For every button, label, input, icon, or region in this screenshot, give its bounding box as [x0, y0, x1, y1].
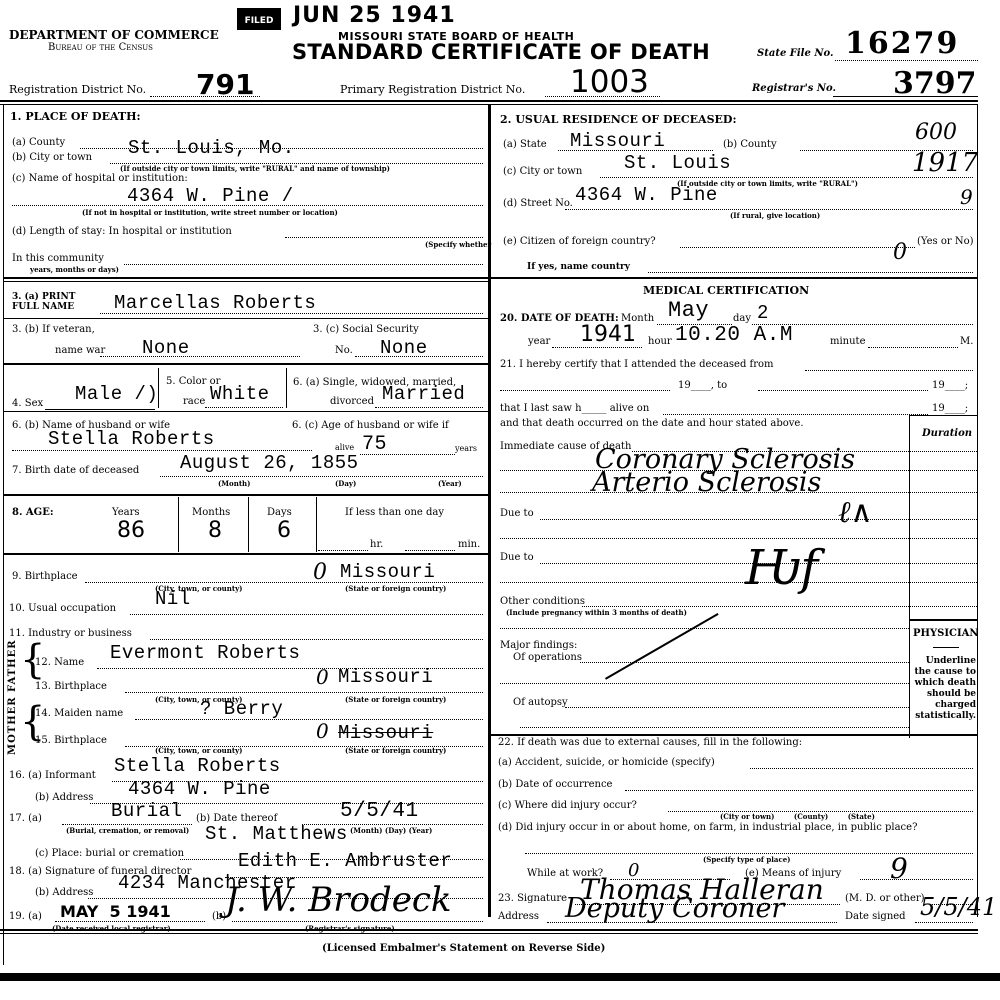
place-of-death-heading: 1. PLACE OF DEATH: [10, 110, 141, 123]
mother-side-label: MOTHER [7, 696, 18, 755]
age-years-value: 86 [117, 518, 145, 543]
other-conditions-label: Other conditions [500, 596, 585, 607]
immediate-cause-2: Arterio Sclerosis [592, 467, 821, 498]
father-state-note: (State or foreign country) [345, 695, 446, 704]
sex-label: 4. Sex [12, 398, 43, 409]
external-d-note: (Specify type of place) [703, 855, 790, 864]
father-birthplace-value: Missouri [338, 666, 433, 688]
certify-to-line: 19____, to [678, 380, 727, 391]
death-hour-value: 10.20 A.M [675, 324, 793, 347]
disposal-label: 17. (a) [9, 813, 42, 824]
external-c-label: (c) Where did injury occur? [498, 800, 637, 811]
min-label: min. [458, 539, 480, 550]
dept-label: DEPARTMENT OF COMMERCE [9, 28, 219, 42]
birth-day-note: (Day) [335, 479, 356, 488]
external-heading: 22. If death was due to external causes,… [498, 737, 802, 748]
hospital-label: (c) Name of hospital or institution: [12, 173, 188, 184]
medical-heading: MEDICAL CERTIFICATION [643, 284, 809, 297]
citizen-value: 0 [893, 240, 907, 265]
signature-label: 23. Signature [498, 893, 567, 904]
age-days-label: Days [267, 507, 292, 518]
disposal-date-value: 5/5/41 [340, 800, 419, 823]
filed-stamp-block: FILED [237, 8, 281, 30]
mother-birthplace-code: 0 [316, 719, 329, 743]
date-signed-label: Date signed [845, 911, 906, 922]
age-months-value: 8 [208, 518, 222, 543]
duration-label: Duration [922, 428, 972, 439]
occupation-value: Nil [155, 588, 191, 610]
death-year-label: year [528, 336, 550, 347]
stay-label: (d) Length of stay: In hospital or insti… [12, 226, 232, 237]
residence-state-value: Missouri [570, 130, 665, 152]
veteran-label-1: 3. (b) If veteran, [12, 324, 95, 335]
foreign-country-label: If yes, name country [527, 262, 630, 272]
community-note: years, months or days) [30, 265, 119, 274]
due-to-label-1: Due to [500, 508, 534, 519]
reg-district-label: Registration District No. [9, 83, 146, 96]
mother-name-value: ? Berry [200, 698, 283, 720]
death-occurred-label: and that death occurred on the date and … [500, 418, 804, 429]
residence-street-note: (If rural, give location) [730, 211, 820, 220]
father-birthplace-code: 0 [316, 665, 329, 689]
spouse-age-label-1: 6. (c) Age of husband or wife if [292, 420, 449, 431]
residence-state-label: (a) State [503, 139, 547, 150]
state-file-number: 16279 [845, 26, 959, 61]
means-of-injury-value: 9 [890, 852, 908, 885]
city-label: (b) City or town [12, 152, 92, 163]
social-security-label-2: No. [335, 345, 353, 356]
autopsy-label: Of autopsy [513, 697, 568, 708]
birth-date-value: August 26, 1855 [180, 452, 359, 474]
received-stamp-date: JUN 25 1941 [293, 3, 456, 28]
certifier-address-value: Deputy Coroner [565, 893, 784, 924]
informant-label: 16. (a) Informant [9, 770, 96, 781]
county-label: (a) County [12, 137, 65, 148]
residence-heading: 2. USUAL RESIDENCE OF DECEASED: [500, 113, 737, 126]
director-address-label: (b) Address [35, 887, 93, 898]
md-label: (M. D. or other) [845, 893, 925, 904]
major-findings-label: Major findings: [500, 640, 577, 651]
race-label-2: race [183, 396, 205, 407]
residence-street-value: 4364 W. Pine [575, 184, 718, 206]
residence-city-label: (c) City or town [503, 166, 582, 177]
full-name-label-2: FULL NAME [12, 302, 74, 312]
sex-value: Male /) [75, 383, 158, 405]
full-name-value: Marcellas Roberts [114, 292, 316, 314]
reg-district-number: 791 [196, 68, 254, 101]
age-days-value: 6 [277, 518, 291, 543]
disposal-date-note: (Month) (Day) (Year) [350, 826, 432, 835]
disposal-note: (Burial, cremation, or removal) [66, 826, 189, 835]
hospital-value: 4364 W. Pine / [127, 185, 294, 207]
citizen-label: (e) Citizen of foreign country? [503, 236, 656, 247]
bottom-scan-border [0, 973, 1000, 981]
certificate-title: STANDARD CERTIFICATE OF DEATH [292, 40, 710, 64]
death-year-value: 1941 [580, 322, 636, 347]
father-side-label: FATHER [7, 639, 18, 692]
full-name-label-1: 3. (a) PRINT [12, 292, 75, 302]
birthplace-state-note: (State or foreign country) [345, 584, 446, 593]
certify-nineteen: 19____; [932, 380, 968, 391]
age-label: 8. AGE: [12, 507, 54, 518]
death-month-value: May [668, 298, 709, 323]
received-label: 19. (a) [9, 911, 42, 922]
primary-reg-number: 1003 [570, 64, 649, 100]
residence-city-code: 1917 [912, 148, 978, 178]
due-to-label-2: Due to [500, 552, 534, 563]
operations-label: Of operations [513, 652, 582, 663]
spouse-value: Stella Roberts [48, 428, 215, 450]
embalmer-footer-note: (Licensed Embalmer's Statement on Revers… [322, 943, 605, 954]
registrar-number: 3797 [893, 66, 977, 101]
spouse-age-unit: years [455, 444, 477, 453]
certifier-address-label: Address [498, 911, 539, 922]
hr-label: hr. [370, 539, 383, 550]
birthplace-label: 9. Birthplace [12, 571, 78, 582]
state-file-label: State File No. [757, 48, 833, 59]
burial-place-value: St. Matthews [205, 823, 348, 845]
filed-stamp-text: FILED [245, 16, 274, 26]
residence-county-label: (b) County [723, 139, 777, 150]
spouse-age-value: 75 [362, 433, 387, 456]
last-saw-label: that I last saw h_____ alive on [500, 403, 649, 414]
burial-place-label: (c) Place: burial or cremation [35, 848, 184, 859]
death-m-label: M. [960, 336, 973, 347]
last-saw-nineteen: 19____; [932, 403, 968, 414]
hospital-note: (If not in hospital or institution, writ… [82, 208, 338, 217]
bureau-label: Bureau of the Census [48, 42, 153, 53]
father-name-label: 12. Name [35, 657, 84, 668]
informant-address-label: (b) Address [35, 792, 93, 803]
mother-city-note: (City, town, or county) [155, 746, 242, 755]
citizen-note: (Yes or No) [917, 236, 974, 247]
disposal-value: Burial [111, 800, 182, 822]
date-signed-value: 5/5/41 [920, 893, 997, 921]
informant-address-value: 4364 W. Pine [128, 778, 271, 800]
physician-initials-2: Ƕf [745, 540, 818, 596]
community-label: In this community [12, 253, 104, 264]
received-date-value: MAY 5 1941 [60, 902, 171, 921]
veteran-label-2: name war [55, 345, 105, 356]
external-a-label: (a) Accident, suicide, or homicide (spec… [498, 757, 715, 768]
death-minute-label: minute [830, 336, 866, 347]
social-security-label-1: 3. (c) Social Security [313, 324, 419, 335]
death-hour-label: hour [648, 336, 672, 347]
occupation-label: 10. Usual occupation [9, 603, 116, 614]
age-months-label: Months [192, 507, 230, 518]
certify-label: 21. I hereby certify that I attended the… [500, 359, 774, 370]
physician-heading: PHYSICIAN [913, 628, 979, 639]
stay-note: (Specify whether [425, 240, 491, 249]
external-c-notes: (City or town) (County) (State) [720, 812, 875, 821]
funeral-director-value: Edith E. Ambruster [238, 850, 452, 872]
father-birthplace-label: 13. Birthplace [35, 681, 107, 692]
residence-county-code: 600 [915, 120, 957, 145]
primary-reg-label: Primary Registration District No. [340, 83, 525, 96]
birth-date-label: 7. Birth date of deceased [12, 465, 139, 476]
registrar-label: Registrar's No. [752, 83, 836, 94]
birthplace-value: Missouri [340, 561, 435, 583]
mother-birthplace-label: 15. Birthplace [35, 735, 107, 746]
father-name-value: Evermont Roberts [110, 642, 300, 664]
residence-city-value: St. Louis [624, 152, 731, 174]
residence-street-code: 9 [960, 185, 973, 209]
mother-state-note: (State or foreign country) [345, 746, 446, 755]
physician-initials-1: ℓ∧ [838, 495, 872, 530]
marital-label-2: divorced [330, 396, 374, 407]
external-d-label: (d) Did injury occur in or about home, o… [498, 822, 917, 833]
death-day-value: 2 [757, 302, 769, 324]
registrar-signature: J. W. Brodeck [225, 880, 451, 920]
informant-value: Stella Roberts [114, 755, 281, 777]
less-than-day-label: If less than one day [345, 507, 444, 518]
physician-note: Underline the cause to which death shoul… [911, 656, 976, 722]
marital-value: Married [382, 383, 465, 405]
birthplace-code: 0 [313, 560, 327, 585]
age-years-label: Years [112, 507, 140, 518]
strikethrough-mark [605, 613, 719, 680]
residence-street-label: (d) Street No. [503, 198, 573, 209]
city-note: (If outside city or town limits, write "… [120, 164, 390, 173]
death-city-value: St. Louis, Mo. [128, 137, 295, 159]
birth-month-note: (Month) [218, 479, 250, 488]
external-b-label: (b) Date of occurrence [498, 779, 612, 790]
mother-name-label: 14. Maiden name [35, 708, 123, 719]
race-value: White [210, 383, 270, 405]
spouse-age-label-2: alive [335, 443, 354, 452]
mother-birthplace-value: Missouri [338, 722, 433, 744]
birth-year-note: (Year) [438, 479, 462, 488]
veteran-value: None [142, 337, 190, 359]
other-conditions-note: (Include pregnancy within 3 months of de… [506, 608, 687, 617]
social-security-value: None [380, 337, 428, 359]
death-day-label: day [733, 313, 751, 324]
